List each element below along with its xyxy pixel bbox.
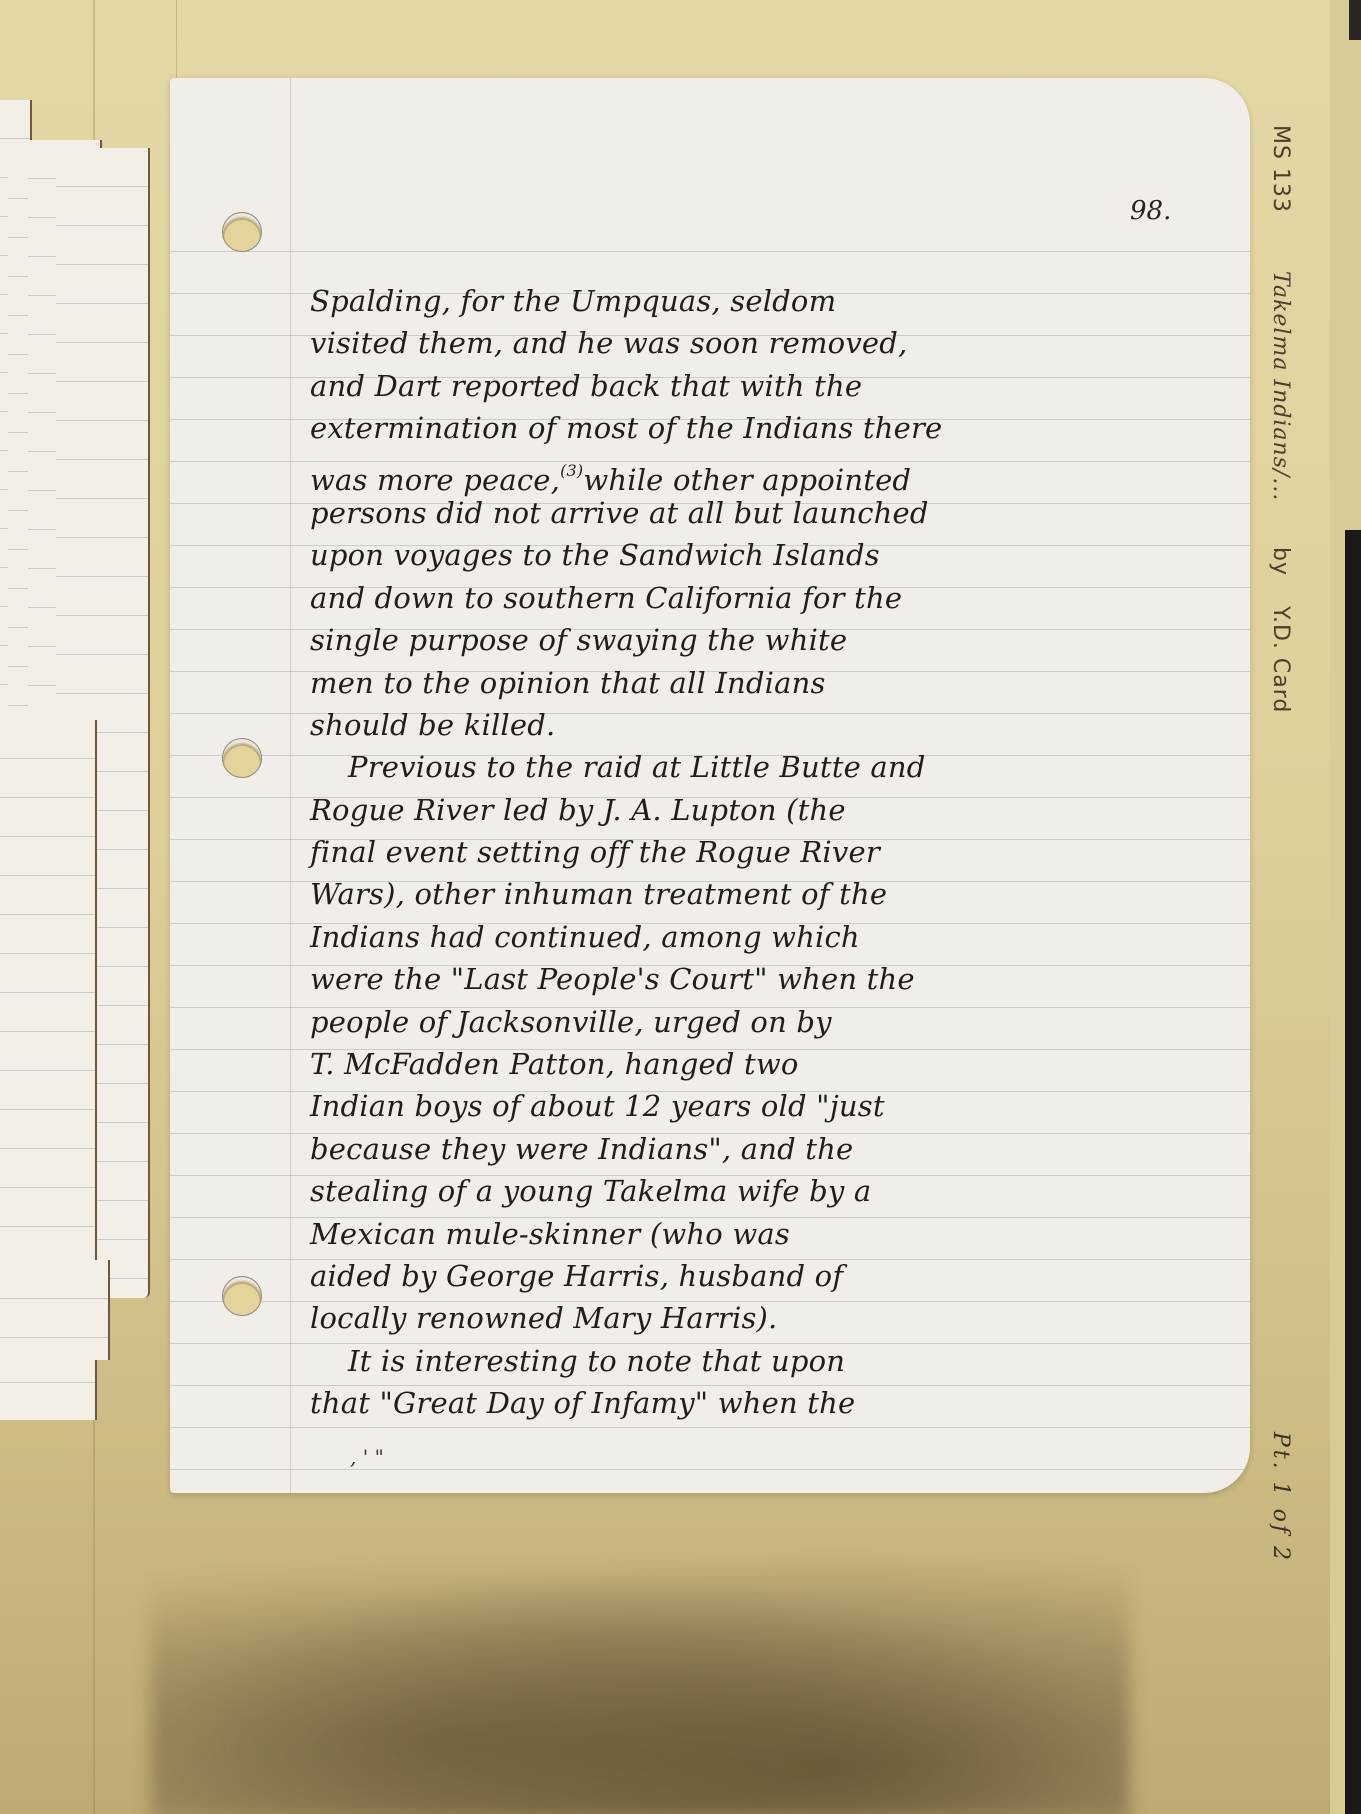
text-line: Indian boys of about 12 years old "just xyxy=(310,1085,1210,1127)
punch-hole xyxy=(222,738,262,778)
line-text: aided by George Harris, husband of xyxy=(310,1259,843,1293)
text-line: because they were Indians", and the xyxy=(310,1128,1210,1170)
text-line: Rogue River led by J. A. Lupton (the xyxy=(310,789,1210,831)
text-line: extermination of most of the Indians the… xyxy=(310,407,1210,449)
folder-title: Takelma Indians/... xyxy=(1268,271,1293,501)
folder-crease xyxy=(176,0,177,80)
line-text: and down to southern California for the xyxy=(310,581,902,615)
folder-label: MS 133 Takelma Indians/... by Y.D. Card xyxy=(1268,125,1293,714)
residual-marks: , ' " xyxy=(350,1445,384,1469)
text-line: single purpose of swaying the white xyxy=(310,619,1210,661)
text-line: aided by George Harris, husband of xyxy=(310,1255,1210,1297)
text-line: T. McFadden Patton, hanged two xyxy=(310,1043,1210,1085)
line-text: Rogue River led by J. A. Lupton (the xyxy=(310,793,846,827)
line-text: people of Jacksonville, urged on by xyxy=(310,1005,832,1039)
manuscript-page: 98. Spalding, for the Umpquas, seldomvis… xyxy=(170,78,1250,1493)
photographer-shadow xyxy=(150,1560,1130,1814)
line-text: It is interesting to note that upon xyxy=(348,1344,845,1378)
text-line: locally renowned Mary Harris). xyxy=(310,1297,1210,1339)
text-line: was more peace,(3)while other appointed xyxy=(310,450,1210,492)
line-text: extermination of most of the Indians the… xyxy=(310,411,942,445)
text-line: Spalding, for the Umpquas, seldom xyxy=(310,280,1210,322)
line-text: visited them, and he was soon removed, xyxy=(310,326,907,360)
text-line: Wars), other inhuman treatment of the xyxy=(310,873,1210,915)
text-line: final event setting off the Rogue River xyxy=(310,831,1210,873)
text-line: Previous to the raid at Little Butte and xyxy=(310,746,1210,788)
line-text: locally renowned Mary Harris). xyxy=(310,1301,777,1335)
text-line: upon voyages to the Sandwich Islands xyxy=(310,534,1210,576)
background-edge xyxy=(1349,0,1361,40)
line-text: because they were Indians", and the xyxy=(310,1132,853,1166)
text-line: It is interesting to note that upon xyxy=(310,1340,1210,1382)
line-text: and Dart reported back that with the xyxy=(310,369,862,403)
punch-hole xyxy=(222,212,262,252)
line-text: stealing of a young Takelma wife by a xyxy=(310,1174,871,1208)
text-line: that "Great Day of Infamy" when the xyxy=(310,1382,1210,1424)
text-line: stealing of a young Takelma wife by a xyxy=(310,1170,1210,1212)
footnote-marker: (3) xyxy=(560,461,583,480)
text-line: men to the opinion that all Indians xyxy=(310,662,1210,704)
line-text: should be killed. xyxy=(310,708,555,742)
margin-line xyxy=(290,78,291,1493)
text-line: should be killed. xyxy=(310,704,1210,746)
text-line: were the "Last People's Court" when the xyxy=(310,958,1210,1000)
handwritten-text: Spalding, for the Umpquas, seldomvisited… xyxy=(310,280,1210,1425)
text-line: and Dart reported back that with the xyxy=(310,365,1210,407)
line-text: were the "Last People's Court" when the xyxy=(310,962,915,996)
line-text: men to the opinion that all Indians xyxy=(310,666,826,700)
part-label: Pt. 1 of 2 xyxy=(1268,1432,1293,1563)
line-text: Mexican mule-skinner (who was xyxy=(310,1217,790,1251)
text-line: visited them, and he was soon removed, xyxy=(310,322,1210,364)
page-number: 98. xyxy=(1130,196,1171,226)
line-text: Indians had continued, among which xyxy=(310,920,860,954)
line-text: Indian boys of about 12 years old "just xyxy=(310,1089,885,1123)
line-text: upon voyages to the Sandwich Islands xyxy=(310,538,880,572)
background-edge xyxy=(1345,530,1361,1814)
line-text: final event setting off the Rogue River xyxy=(310,835,880,869)
line-text: T. McFadden Patton, hanged two xyxy=(310,1047,799,1081)
folder-by: by xyxy=(1268,547,1293,576)
line-text: Wars), other inhuman treatment of the xyxy=(310,877,887,911)
line-text: single purpose of swaying the white xyxy=(310,623,847,657)
text-line: and down to southern California for the xyxy=(310,577,1210,619)
stack-sheet xyxy=(0,1260,110,1360)
text-line: Indians had continued, among which xyxy=(310,916,1210,958)
line-text: Previous to the raid at Little Butte and xyxy=(348,750,926,784)
punch-hole xyxy=(222,1276,262,1316)
line-text: that "Great Day of Infamy" when the xyxy=(310,1386,855,1420)
paper-stack xyxy=(0,100,160,1600)
text-line: persons did not arrive at all but launch… xyxy=(310,492,1210,534)
line-text: persons did not arrive at all but launch… xyxy=(310,496,929,530)
folder-author: Y.D. Card xyxy=(1268,606,1293,713)
line-text: Spalding, for the Umpquas, seldom xyxy=(310,284,836,318)
collection-id: MS 133 xyxy=(1268,125,1293,213)
text-line: Mexican mule-skinner (who was xyxy=(310,1213,1210,1255)
text-line: people of Jacksonville, urged on by xyxy=(310,1001,1210,1043)
